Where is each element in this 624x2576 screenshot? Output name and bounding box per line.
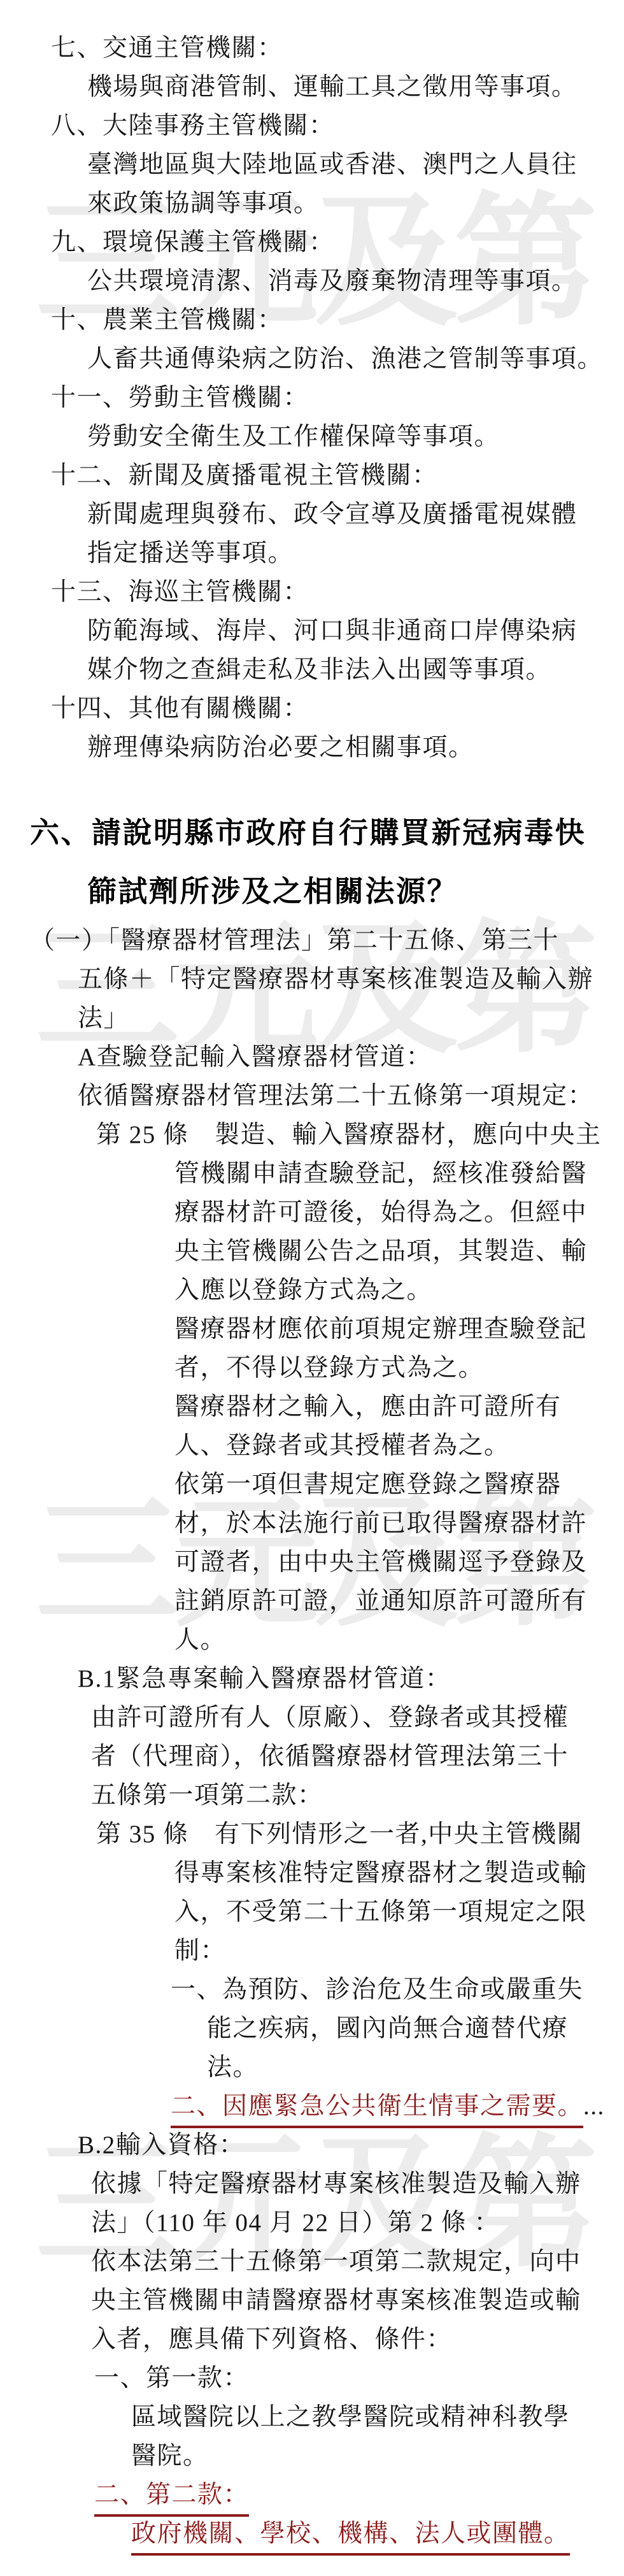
agency-item-title: 十三、海巡主管機關：	[0, 573, 624, 612]
red-underlined-text: 政府機關、學校、機構、法人或團體。	[131, 2514, 570, 2556]
question-heading: 篩試劑所涉及之相關法源？	[0, 862, 624, 921]
qualification-text: 區域醫院以上之教學醫院或精神科教學	[0, 2398, 624, 2436]
channel-label: B.2輸入資格：	[0, 2126, 624, 2165]
article-text-line: 第 35 條 有下列情形之一者,中央主管機關	[0, 1815, 624, 1854]
paragraph-line: 者（代理商），依循醫療器材管理法第三十	[0, 1737, 624, 1776]
agency-item-desc: 來政策協調等事項。	[0, 184, 624, 223]
agency-item-desc: 防範海域、海岸、河口與非通商口岸傳染病	[0, 612, 624, 650]
article-text-line: 依第一項但書規定應登錄之醫療器	[0, 1465, 624, 1504]
agency-item-desc: 公共環境清潔、消毒及廢棄物清理等事項。	[0, 262, 624, 301]
article-item-line: 法。	[0, 2048, 624, 2087]
article-text-line: 制：	[0, 1931, 624, 1970]
red-underlined-line: 政府機關、學校、機構、法人或團體。	[0, 2514, 624, 2553]
qualification-label: 一、第一款：	[0, 2359, 624, 2398]
article-text-line: 入應以登錄方式為之。	[0, 1271, 624, 1310]
ellipsis-text: ...	[583, 2093, 605, 2120]
paragraph-line: 依本法第三十五條第一項第二款規定，向中	[0, 2242, 624, 2281]
red-underlined-text: 二、因應緊急公共衛生情事之需要。	[171, 2087, 583, 2128]
paragraph-line: 央主管機關申請醫療器材專案核准製造或輸	[0, 2281, 624, 2320]
article-text-line: 可證者，由中央主管機關逕予登錄及	[0, 1543, 624, 1582]
red-underlined-text: 二、第二款：	[94, 2475, 249, 2517]
agency-item-desc: 機場與商港管制、運輸工具之徵用等事項。	[0, 68, 624, 106]
agency-item-title: 九、環境保護主管機關：	[0, 223, 624, 262]
paragraph-line: 由許可證所有人（原廠）、登錄者或其授權	[0, 1698, 624, 1737]
agency-item-desc: 媒介物之查緝走私及非法入出國等事項。	[0, 650, 624, 689]
article-text-line: 療器材許可證後，始得為之。但經中	[0, 1193, 624, 1232]
agency-item-title: 七、交通主管機關：	[0, 29, 624, 68]
channel-label: B.1緊急專案輸入醫療器材管道：	[0, 1659, 624, 1698]
question-heading: 六、請說明縣市政府自行購買新冠病毒快	[0, 804, 624, 862]
channel-label: A查驗登記輸入醫療器材管道：	[0, 1038, 624, 1077]
agency-item-title: 八、大陸事務主管機關：	[0, 106, 624, 145]
agency-item-desc: 勞動安全衛生及工作權保障等事項。	[0, 417, 624, 456]
article-text-line: 者，不得以登錄方式為之。	[0, 1349, 624, 1387]
article-text-line: 醫療器材應依前項規定辦理查驗登記	[0, 1310, 624, 1349]
article-text-line: 央主管機關公告之品項，其製造、輸	[0, 1232, 624, 1271]
article-text-line: 醫療器材之輸入，應由許可證所有	[0, 1387, 624, 1426]
article-text-line: 人、登錄者或其授權者為之。	[0, 1426, 624, 1465]
agency-item-desc: 辦理傳染病防治必要之相關事項。	[0, 728, 624, 767]
agency-item-title: 十二、新聞及廣播電視主管機關：	[0, 456, 624, 495]
article-text-line: 第 25 條 製造、輸入醫療器材，應向中央主	[0, 1115, 624, 1154]
qualification-text: 醫院。	[0, 2436, 624, 2475]
paragraph-line: 依據「特定醫療器材專案核准製造及輸入辦	[0, 2165, 624, 2203]
article-text-line: 管機關申請查驗登記，經核准發給醫	[0, 1154, 624, 1193]
paragraph-line: 依循醫療器材管理法第二十五條第一項規定：	[0, 1077, 624, 1115]
subsection-line: （一）「醫療器材管理法」第二十五條、第三十	[0, 921, 624, 960]
red-underlined-line: 二、第二款：	[0, 2475, 624, 2514]
article-item-line: 能之疾病，國內尚無合適替代療	[0, 2009, 624, 2048]
section-gap	[0, 767, 624, 804]
article-text-line: 材，於本法施行前已取得醫療器材許	[0, 1504, 624, 1543]
agency-item-title: 十、農業主管機關：	[0, 301, 624, 340]
subsection-line: 法」	[0, 999, 624, 1038]
paragraph-line: 法」（110 年 04 月 22 日）第 2 條 ：	[0, 2203, 624, 2242]
article-text-line: 註銷原許可證，並通知原許可證所有	[0, 1582, 624, 1621]
subsection-line: 五條＋「特定醫療器材專案核准製造及輸入辦	[0, 960, 624, 999]
article-text-line: 入，不受第二十五條第一項規定之限	[0, 1893, 624, 1931]
agency-item-desc: 人畜共通傳染病之防治、漁港之管制等事項。	[0, 340, 624, 378]
article-text-line: 得專案核准特定醫療器材之製造或輸	[0, 1854, 624, 1893]
article-item-line: 一、為預防、診治危及生命或嚴重失	[0, 1970, 624, 2009]
article-text-line: 人。	[0, 1621, 624, 1659]
agency-item-title: 十四、其他有關機關：	[0, 689, 624, 728]
agency-item-desc: 臺灣地區與大陸地區或香港、澳門之人員往	[0, 145, 624, 184]
agency-item-desc: 新聞處理與發布、政令宣導及廣播電視媒體	[0, 495, 624, 534]
paragraph-line: 入者，應具備下列資格、條件：	[0, 2320, 624, 2359]
document-page: 三元及第三元及第三元及第三元及第七、交通主管機關：機場與商港管制、運輸工具之徵用…	[0, 0, 624, 2576]
paragraph-line: 五條第一項第二款：	[0, 1776, 624, 1815]
agency-item-title: 十一、勞動主管機關：	[0, 378, 624, 417]
agency-item-desc: 指定播送等事項。	[0, 534, 624, 573]
red-underlined-line: 二、因應緊急公共衛生情事之需要。...	[0, 2087, 624, 2126]
